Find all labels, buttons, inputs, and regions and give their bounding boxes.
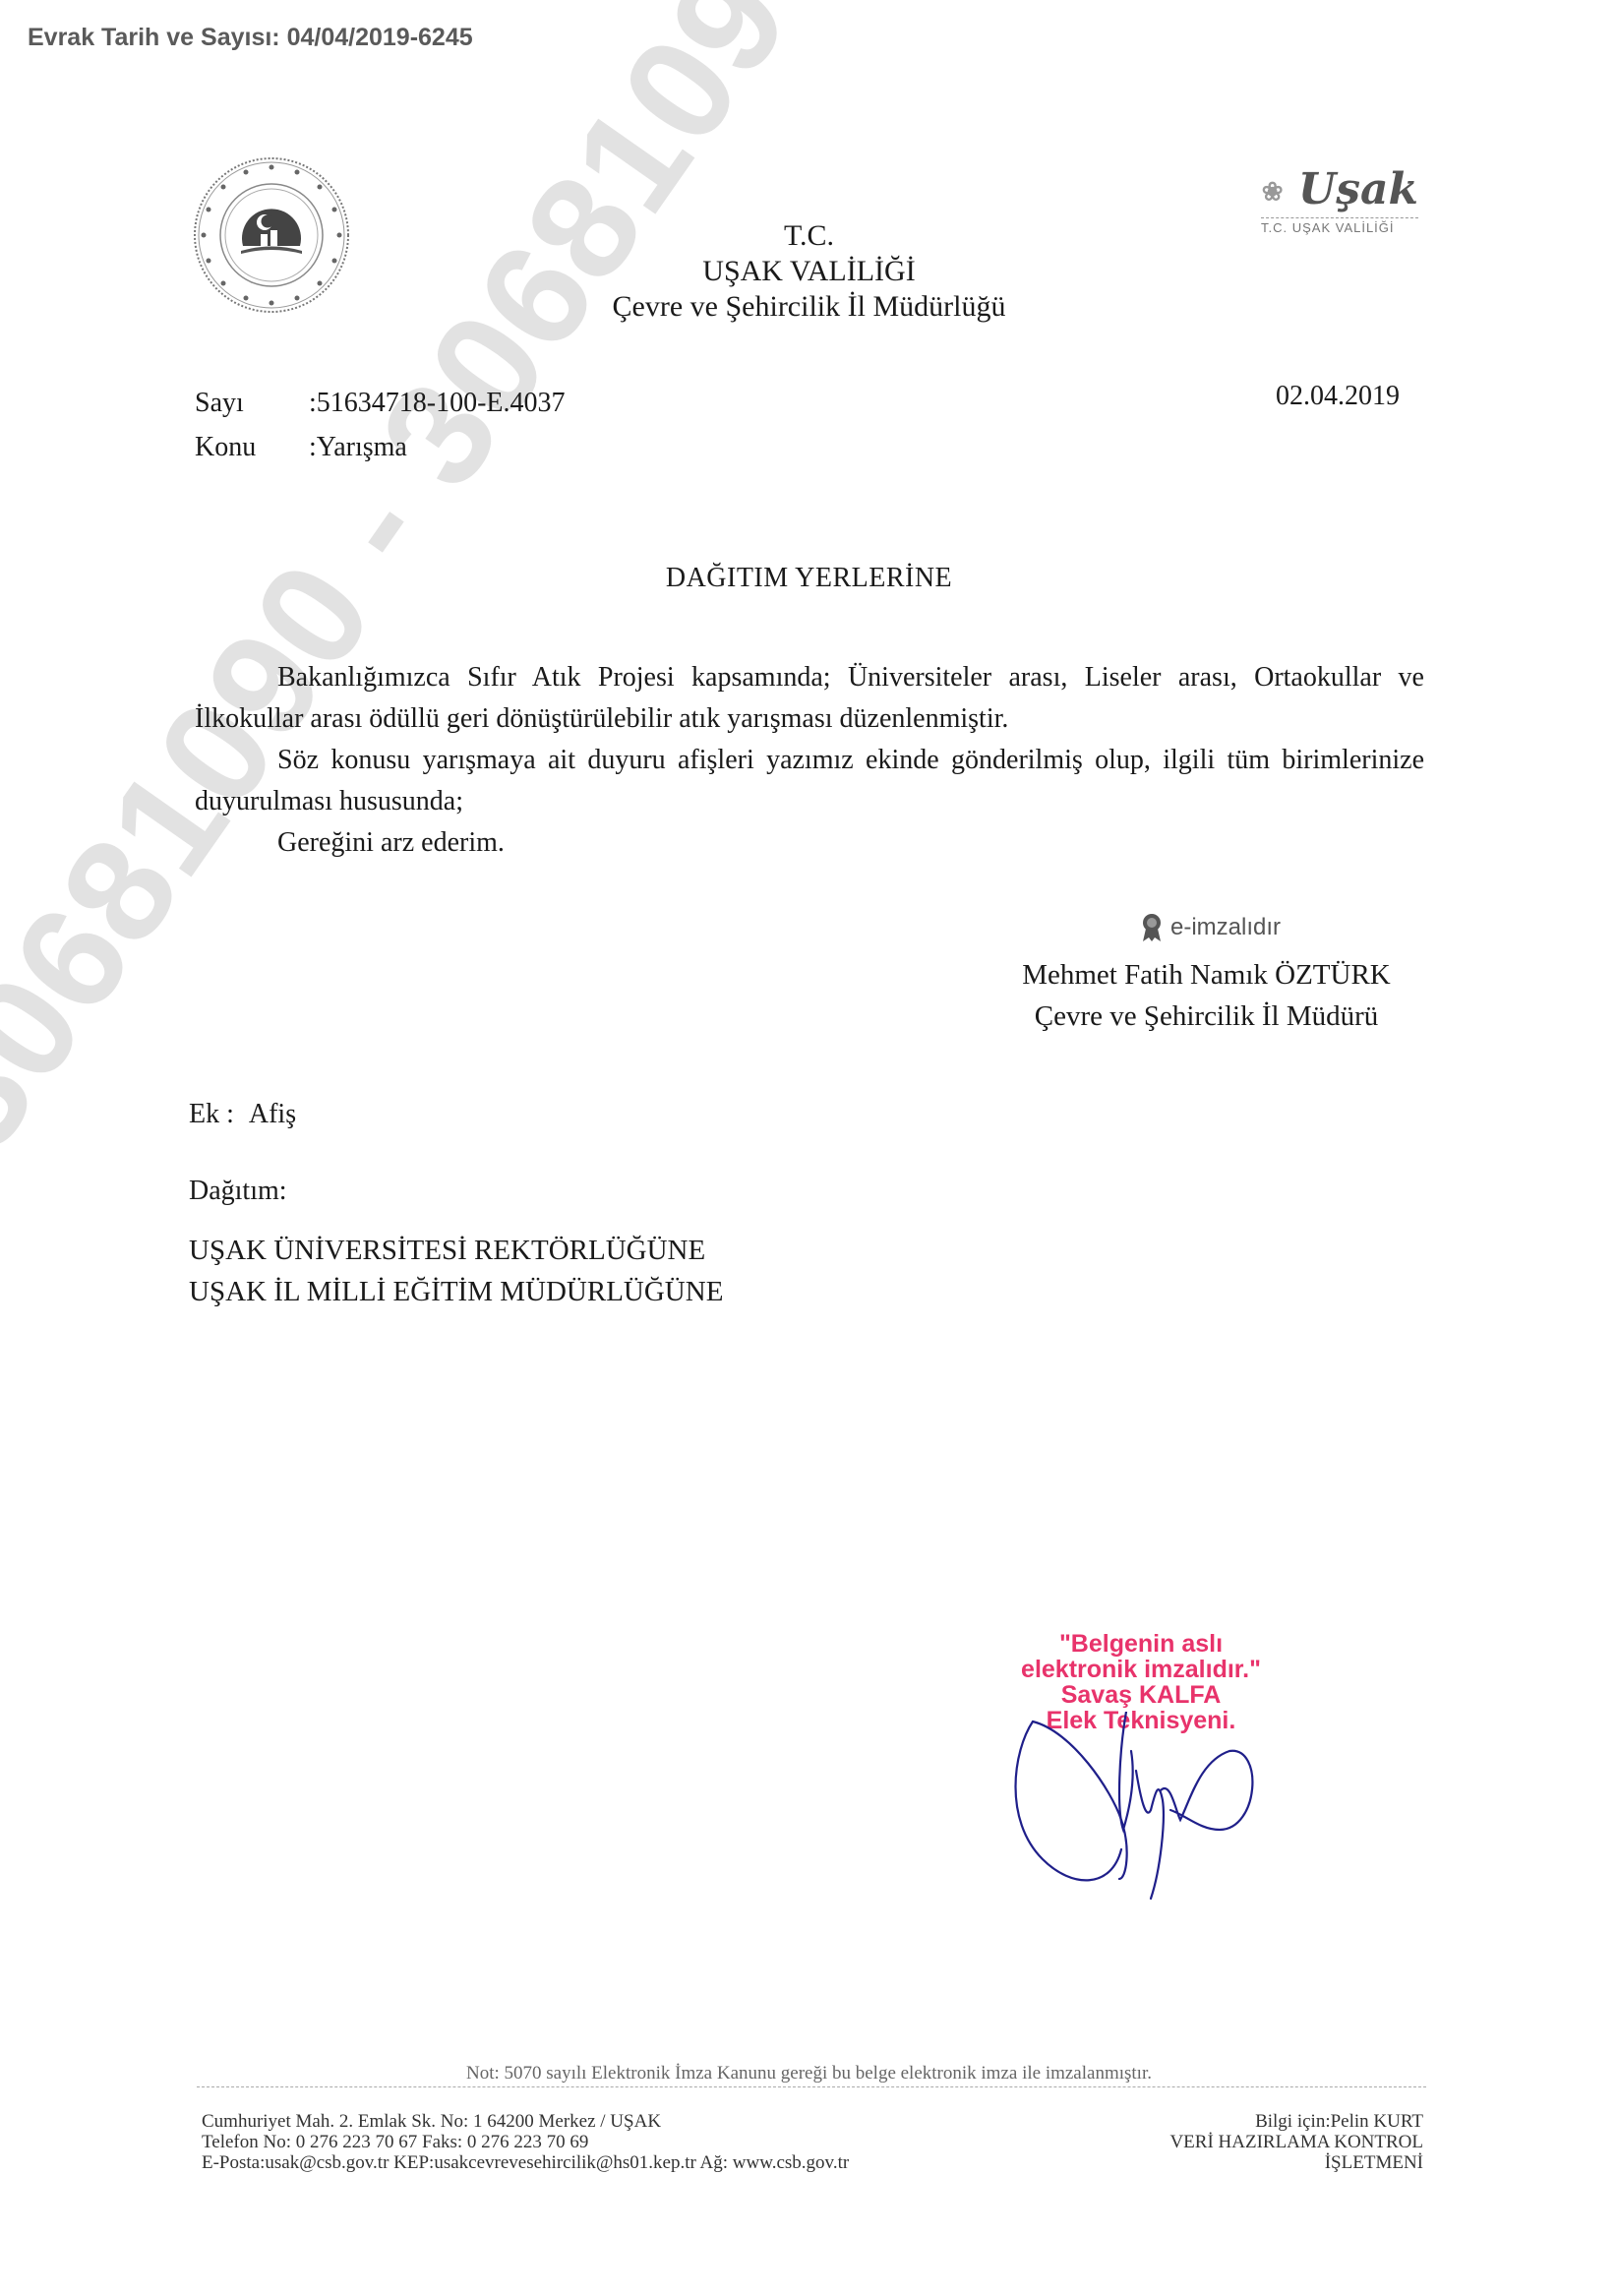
attachment-value: Afiş	[249, 1099, 296, 1129]
body-closing: Gereğini arz ederim.	[195, 822, 1424, 864]
meta-subject-row: Konu :Yarışma	[195, 425, 566, 469]
footer-contact: Cumhuriyet Mah. 2. Emlak Sk. No: 1 64200…	[202, 2111, 849, 2173]
letterhead-directorate: Çevre ve Şehircilik İl Müdürlüğü	[0, 289, 1618, 325]
attachment-line: Ek : Afiş	[189, 1099, 296, 1130]
distribution-item: UŞAK İL MİLLİ EĞİTİM MÜDÜRLÜĞÜNE	[189, 1271, 723, 1312]
usak-logo-brand: ❀ Uşak	[1261, 167, 1418, 215]
distribution-list: UŞAK ÜNİVERSİTESİ REKTÖRLÜĞÜNE UŞAK İL M…	[189, 1230, 723, 1312]
signatory-title: Çevre ve Şehircilik İl Müdürü	[984, 996, 1429, 1037]
footer-email: E-Posta:usak@csb.gov.tr KEP:usakcevreves…	[202, 2152, 849, 2173]
logo-divider	[1261, 217, 1418, 218]
distribution-label: Dağıtım:	[189, 1176, 287, 1207]
letter-body: Bakanlığımızca Sıfır Atık Projesi kapsam…	[195, 657, 1424, 864]
meta-subject-label: Konu	[195, 425, 309, 469]
award-ribbon-icon	[1141, 913, 1163, 942]
distribution-item: UŞAK ÜNİVERSİTESİ REKTÖRLÜĞÜNE	[189, 1230, 723, 1271]
meta-number-row: Sayı :51634718-100-E.4037	[195, 381, 566, 425]
recipient-title: DAĞITIM YERLERİNE	[0, 563, 1618, 594]
signatory-block: Mehmet Fatih Namık ÖZTÜRK Çevre ve Şehir…	[984, 954, 1429, 1037]
footer-info-role-2: İŞLETMENİ	[1082, 2152, 1423, 2173]
footer-info: Bilgi için:Pelin KURT VERİ HAZIRLAMA KON…	[1082, 2111, 1423, 2173]
handwritten-signature	[1003, 1712, 1259, 1908]
letterhead-governorship: UŞAK VALİLİĞİ	[0, 254, 1618, 289]
body-paragraph-1: Bakanlığımızca Sıfır Atık Projesi kapsam…	[195, 657, 1424, 740]
document-date: 02.04.2019	[1276, 381, 1400, 412]
meta-number-value: :51634718-100-E.4037	[309, 381, 566, 425]
esign-legal-note: Not: 5070 sayılı Elektronik İmza Kanunu …	[0, 2063, 1618, 2085]
usak-governorship-logo: ❀ Uşak T.C. UŞAK VALİLİĞİ	[1261, 167, 1418, 235]
leaf-icon: ❀	[1262, 178, 1284, 208]
footer-address: Cumhuriyet Mah. 2. Emlak Sk. No: 1 64200…	[202, 2111, 849, 2132]
esign-indicator: e-imzalıdır	[1141, 913, 1281, 942]
certification-line-2: elektronik imzalıdır."	[993, 1657, 1288, 1682]
footer-info-contact: Bilgi için:Pelin KURT	[1082, 2111, 1423, 2132]
document-meta: Sayı :51634718-100-E.4037 Konu :Yarışma	[195, 381, 566, 469]
signatory-name: Mehmet Fatih Namık ÖZTÜRK	[984, 954, 1429, 996]
footer-info-role-1: VERİ HAZIRLAMA KONTROL	[1082, 2132, 1423, 2152]
footer-phone: Telefon No: 0 276 223 70 67 Faks: 0 276 …	[202, 2132, 849, 2152]
certification-line-3: Savaş KALFA	[993, 1682, 1288, 1708]
usak-logo-subtitle: T.C. UŞAK VALİLİĞİ	[1261, 220, 1418, 235]
signature-scribble-icon	[1003, 1712, 1259, 1908]
meta-subject-value: :Yarışma	[309, 425, 407, 469]
meta-number-label: Sayı	[195, 381, 309, 425]
certification-line-1: "Belgenin aslı	[993, 1631, 1288, 1657]
body-paragraph-2: Söz konusu yarışmaya ait duyuru afişleri…	[195, 740, 1424, 822]
footer-divider	[197, 2086, 1426, 2087]
esign-label: e-imzalıdır	[1170, 914, 1281, 941]
document-registry-stamp: Evrak Tarih ve Sayısı: 04/04/2019-6245	[28, 24, 473, 52]
attachment-label: Ek :	[189, 1099, 234, 1129]
